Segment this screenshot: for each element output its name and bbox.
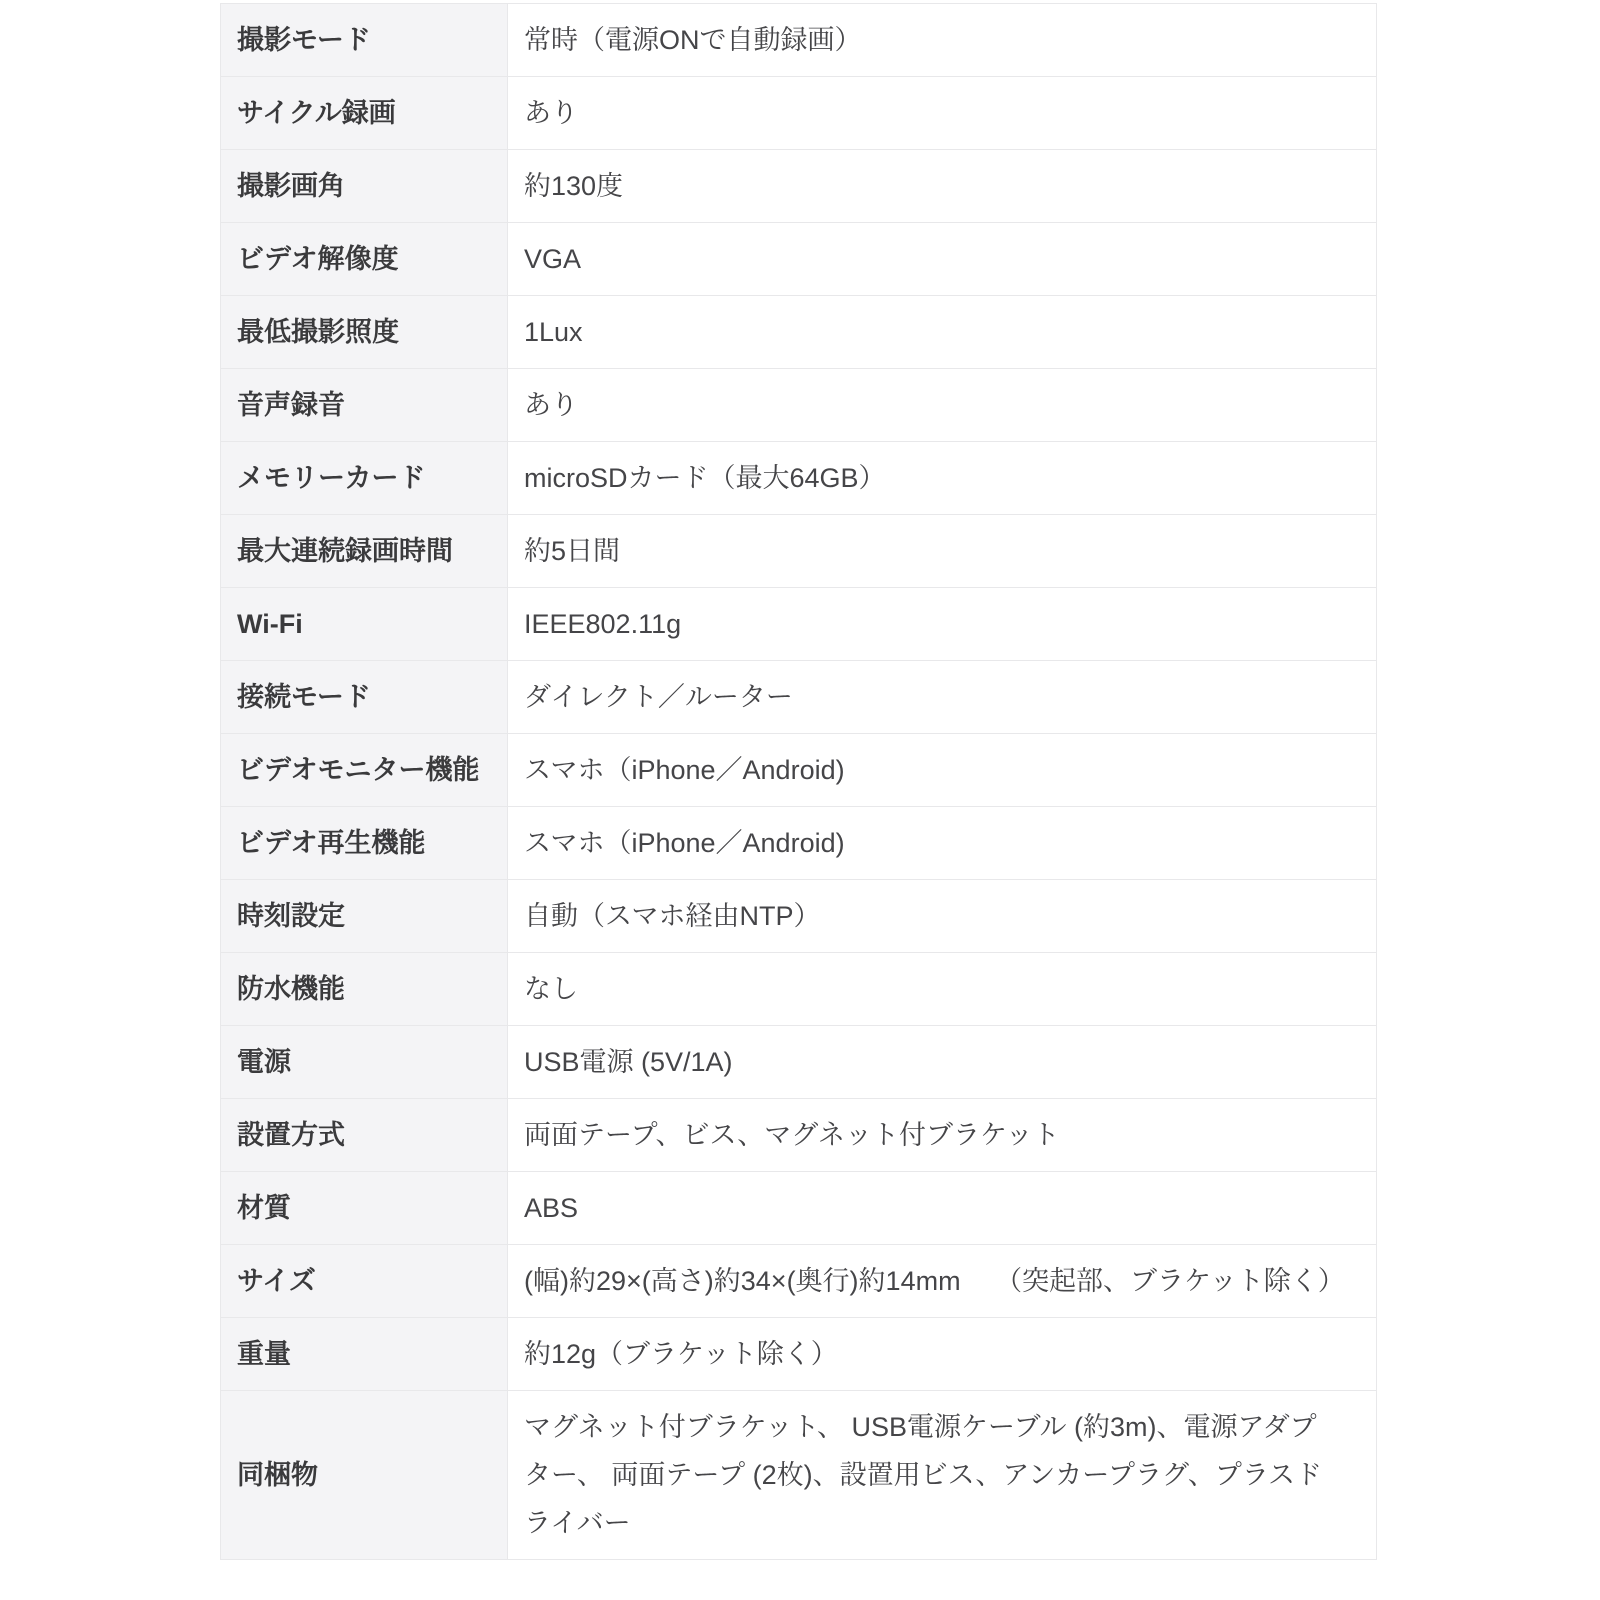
spec-value: 約5日間 (508, 515, 1377, 588)
table-row: ビデオ再生機能スマホ（iPhone／Android) (221, 807, 1377, 880)
spec-label: 最大連続録画時間 (221, 515, 508, 588)
spec-value: 両面テープ、ビス、マグネット付ブラケット (508, 1099, 1377, 1172)
spec-value: 1Lux (508, 296, 1377, 369)
spec-label: サイクル録画 (221, 77, 508, 150)
table-row: 材質ABS (221, 1172, 1377, 1245)
spec-label: 設置方式 (221, 1099, 508, 1172)
spec-label: 材質 (221, 1172, 508, 1245)
table-row: 同梱物マグネット付ブラケット、 USB電源ケーブル (約3m)、電源アダプター、… (221, 1391, 1377, 1560)
spec-table-body: 撮影モード常時（電源ONで自動録画）サイクル録画あり撮影画角約130度ビデオ解像… (221, 4, 1377, 1560)
table-row: 撮影画角約130度 (221, 150, 1377, 223)
table-row: ビデオ解像度VGA (221, 223, 1377, 296)
spec-label: 電源 (221, 1026, 508, 1099)
spec-value: microSDカード（最大64GB） (508, 442, 1377, 515)
spec-label: 防水機能 (221, 953, 508, 1026)
table-row: 最大連続録画時間約5日間 (221, 515, 1377, 588)
spec-label: Wi-Fi (221, 588, 508, 661)
spec-label: 撮影画角 (221, 150, 508, 223)
spec-value: 約12g（ブラケット除く） (508, 1318, 1377, 1391)
spec-table: 撮影モード常時（電源ONで自動録画）サイクル録画あり撮影画角約130度ビデオ解像… (220, 3, 1377, 1560)
spec-value: なし (508, 953, 1377, 1026)
spec-label: 最低撮影照度 (221, 296, 508, 369)
spec-value: あり (508, 369, 1377, 442)
spec-label: 撮影モード (221, 4, 508, 77)
spec-value: USB電源 (5V/1A) (508, 1026, 1377, 1099)
spec-value: あり (508, 77, 1377, 150)
spec-value: スマホ（iPhone／Android) (508, 734, 1377, 807)
spec-value: ABS (508, 1172, 1377, 1245)
spec-value: 自動（スマホ経由NTP） (508, 880, 1377, 953)
table-row: 電源USB電源 (5V/1A) (221, 1026, 1377, 1099)
spec-label: 接続モード (221, 661, 508, 734)
spec-label: 時刻設定 (221, 880, 508, 953)
table-row: 音声録音あり (221, 369, 1377, 442)
spec-value: VGA (508, 223, 1377, 296)
spec-value: IEEE802.11g (508, 588, 1377, 661)
table-row: 最低撮影照度1Lux (221, 296, 1377, 369)
spec-value: 常時（電源ONで自動録画） (508, 4, 1377, 77)
spec-label: ビデオ解像度 (221, 223, 508, 296)
table-row: Wi-FiIEEE802.11g (221, 588, 1377, 661)
spec-value: ダイレクト／ルーター (508, 661, 1377, 734)
spec-value: マグネット付ブラケット、 USB電源ケーブル (約3m)、電源アダプター、 両面… (508, 1391, 1377, 1560)
table-row: 接続モードダイレクト／ルーター (221, 661, 1377, 734)
table-row: メモリーカードmicroSDカード（最大64GB） (221, 442, 1377, 515)
spec-label: 音声録音 (221, 369, 508, 442)
spec-label: メモリーカード (221, 442, 508, 515)
spec-value: (幅)約29×(高さ)約34×(奥行)約14mm （突起部、ブラケット除く） (508, 1245, 1377, 1318)
table-row: 撮影モード常時（電源ONで自動録画） (221, 4, 1377, 77)
spec-label: ビデオ再生機能 (221, 807, 508, 880)
table-row: 設置方式両面テープ、ビス、マグネット付ブラケット (221, 1099, 1377, 1172)
table-row: サイクル録画あり (221, 77, 1377, 150)
spec-value: スマホ（iPhone／Android) (508, 807, 1377, 880)
table-row: サイズ(幅)約29×(高さ)約34×(奥行)約14mm （突起部、ブラケット除く… (221, 1245, 1377, 1318)
table-row: 重量約12g（ブラケット除く） (221, 1318, 1377, 1391)
spec-value: 約130度 (508, 150, 1377, 223)
spec-label: 同梱物 (221, 1391, 508, 1560)
spec-page: 撮影モード常時（電源ONで自動録画）サイクル録画あり撮影画角約130度ビデオ解像… (0, 0, 1600, 1600)
table-row: 時刻設定自動（スマホ経由NTP） (221, 880, 1377, 953)
spec-label: 重量 (221, 1318, 508, 1391)
spec-label: ビデオモニター機能 (221, 734, 508, 807)
table-row: 防水機能なし (221, 953, 1377, 1026)
spec-label: サイズ (221, 1245, 508, 1318)
table-row: ビデオモニター機能スマホ（iPhone／Android) (221, 734, 1377, 807)
